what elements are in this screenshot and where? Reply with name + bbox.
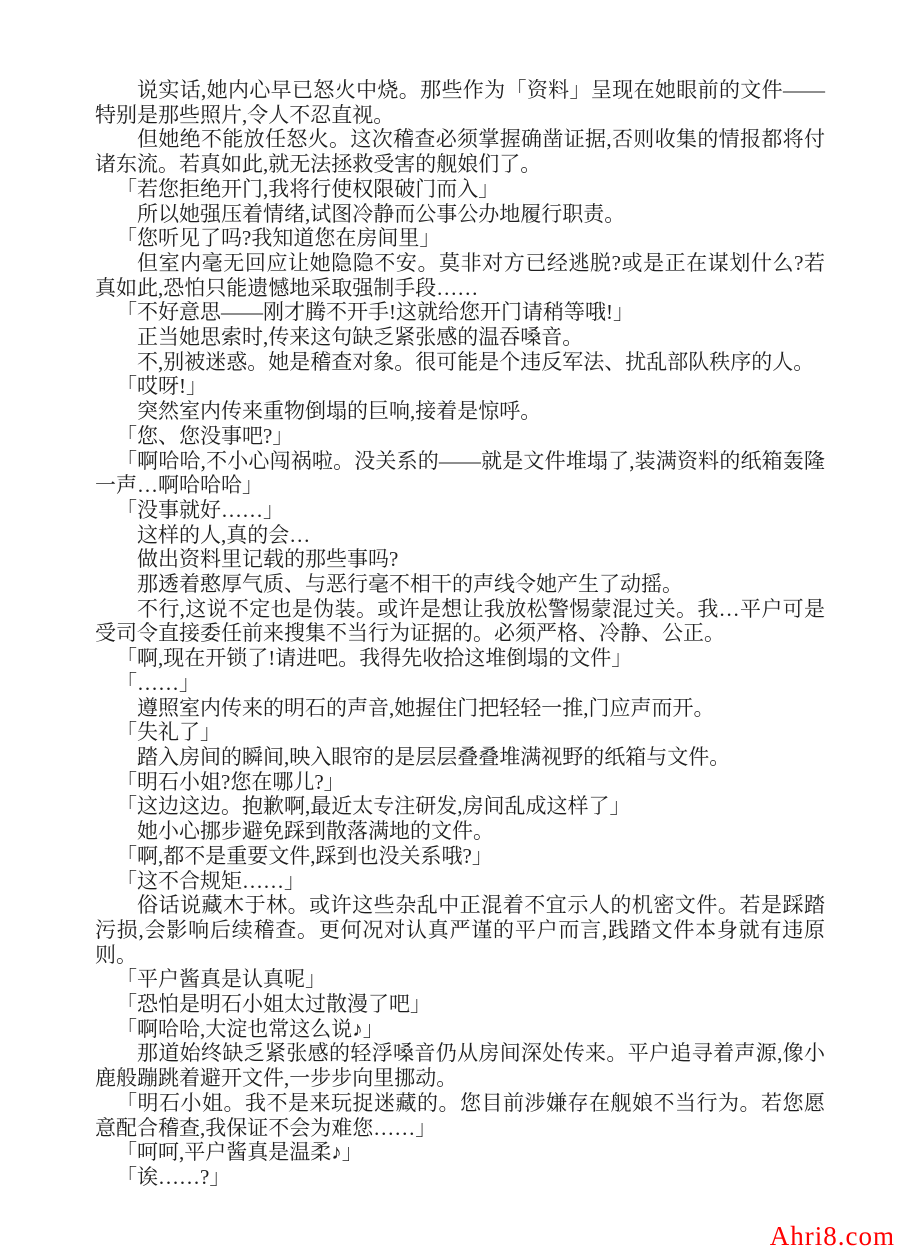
- narrative-paragraph: 但她绝不能放任怒火。这次稽查必须掌握确凿证据,否则收集的情报都将付诸东流。若真如…: [95, 127, 825, 176]
- dialogue-paragraph: 「这不合规矩……」: [95, 869, 825, 894]
- dialogue-paragraph: 「诶……?」: [95, 1165, 825, 1190]
- dialogue-paragraph: 「哎呀!」: [95, 374, 825, 399]
- dialogue-paragraph: 「啊,现在开锁了!请进吧。我得先收拾这堆倒塌的文件」: [95, 646, 825, 671]
- dialogue-paragraph: 「若您拒绝开门,我将行使权限破门而入」: [95, 177, 825, 202]
- dialogue-paragraph: 「明石小姐。我不是来玩捉迷藏的。您目前涉嫌存在舰娘不当行为。若您愿意配合稽查,我…: [95, 1091, 825, 1140]
- narrative-paragraph: 所以她强压着情绪,试图冷静而公事公办地履行职责。: [95, 202, 825, 227]
- dialogue-paragraph: 「啊,都不是重要文件,踩到也没关系哦?」: [95, 844, 825, 869]
- dialogue-paragraph: 「呵呵,平户酱真是温柔♪」: [95, 1140, 825, 1165]
- dialogue-paragraph: 「失礼了」: [95, 720, 825, 745]
- dialogue-paragraph: 「您听见了吗?我知道您在房间里」: [95, 226, 825, 251]
- novel-text-block: 说实话,她内心早已怒火中烧。那些作为「资料」呈现在她眼前的文件——特别是那些照片…: [95, 78, 825, 1190]
- narrative-paragraph: 说实话,她内心早已怒火中烧。那些作为「资料」呈现在她眼前的文件——特别是那些照片…: [95, 78, 825, 127]
- dialogue-paragraph: 「这边这边。抱歉啊,最近太专注研发,房间乱成这样了」: [95, 794, 825, 819]
- dialogue-paragraph: 「不好意思——刚才腾不开手!这就给您开门请稍等哦!」: [95, 300, 825, 325]
- dialogue-paragraph: 「啊哈哈,不小心闯祸啦。没关系的——就是文件堆塌了,装满资料的纸箱轰隆一声…啊哈…: [95, 449, 825, 498]
- narrative-paragraph: 这样的人,真的会…: [95, 523, 825, 548]
- dialogue-paragraph: 「……」: [95, 671, 825, 696]
- narrative-paragraph: 那道始终缺乏紧张感的轻浮嗓音仍从房间深处传来。平户追寻着声源,像小鹿般蹦跳着避开…: [95, 1041, 825, 1090]
- dialogue-paragraph: 「明石小姐?您在哪儿?」: [95, 770, 825, 795]
- narrative-paragraph: 不行,这说不定也是伪装。或许是想让我放松警惕蒙混过关。我…平户可是受司令直接委任…: [95, 597, 825, 646]
- site-watermark: Ahri8.com: [770, 1221, 895, 1252]
- dialogue-paragraph: 「您、您没事吧?」: [95, 424, 825, 449]
- narrative-paragraph: 不,别被迷惑。她是稽查对象。很可能是个违反军法、扰乱部队秩序的人。: [95, 350, 825, 375]
- dialogue-paragraph: 「没事就好……」: [95, 498, 825, 523]
- narrative-paragraph: 她小心挪步避免踩到散落满地的文件。: [95, 819, 825, 844]
- narrative-paragraph: 那透着憨厚气质、与恶行毫不相干的声线令她产生了动摇。: [95, 572, 825, 597]
- narrative-paragraph: 做出资料里记载的那些事吗?: [95, 547, 825, 572]
- narrative-paragraph: 俗话说藏木于林。或许这些杂乱中正混着不宜示人的机密文件。若是踩踏污损,会影响后续…: [95, 893, 825, 967]
- dialogue-paragraph: 「平户酱真是认真呢」: [95, 967, 825, 992]
- narrative-paragraph: 突然室内传来重物倒塌的巨响,接着是惊呼。: [95, 399, 825, 424]
- novel-page: 说实话,她内心早已怒火中烧。那些作为「资料」呈现在她眼前的文件——特别是那些照片…: [0, 0, 900, 1259]
- narrative-paragraph: 踏入房间的瞬间,映入眼帘的是层层叠叠堆满视野的纸箱与文件。: [95, 745, 825, 770]
- dialogue-paragraph: 「恐怕是明石小姐太过散漫了吧」: [95, 992, 825, 1017]
- narrative-paragraph: 但室内毫无回应让她隐隐不安。莫非对方已经逃脱?或是正在谋划什么?若真如此,恐怕只…: [95, 251, 825, 300]
- narrative-paragraph: 正当她思索时,传来这句缺乏紧张感的温吞嗓音。: [95, 325, 825, 350]
- dialogue-paragraph: 「啊哈哈,大淀也常这么说♪」: [95, 1017, 825, 1042]
- narrative-paragraph: 遵照室内传来的明石的声音,她握住门把轻轻一推,门应声而开。: [95, 696, 825, 721]
